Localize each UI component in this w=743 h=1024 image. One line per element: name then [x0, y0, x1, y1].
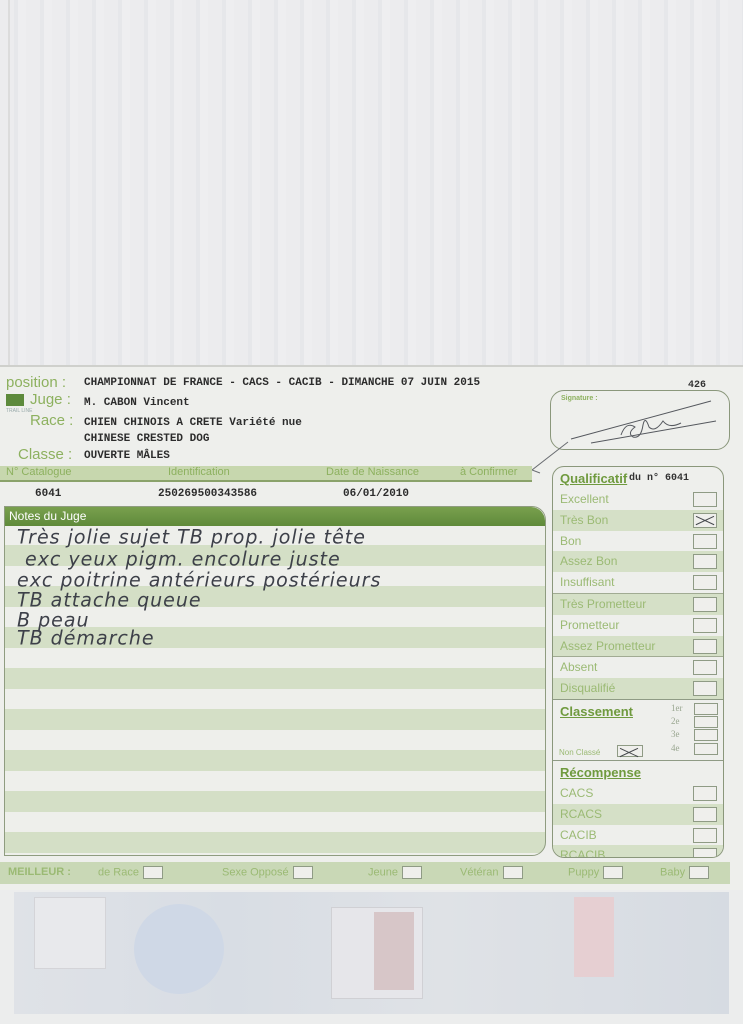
qualification-panel: Qualificatif du n° 6041 ExcellentTrès Bo… [552, 466, 724, 858]
recompense-option: CACIB [553, 825, 723, 846]
rank-4-checkbox[interactable] [694, 743, 718, 755]
identification-number: 250269500343586 [158, 488, 257, 500]
qualificatif-option-label: Très Prometteur [560, 597, 646, 611]
juge-label: Juge : [30, 391, 71, 408]
rank-3-label: 3e [671, 729, 680, 739]
qualificatif-option-label: Assez Bon [560, 554, 617, 568]
magazine-image [34, 897, 106, 969]
recompense-checkbox[interactable] [693, 848, 717, 858]
qualificatif-checkbox[interactable] [693, 639, 717, 654]
recompense-option: RCACIB [553, 845, 723, 858]
juge-value: M. CABON Vincent [84, 397, 190, 409]
recompense-option: CACS [553, 783, 723, 804]
meilleur-option-label: Baby [660, 866, 685, 878]
catalogue-number: 6041 [35, 488, 61, 500]
qualificatif-checkbox[interactable] [693, 513, 717, 528]
qualificatif-option: Disqualifié [553, 678, 723, 699]
qualificatif-checkbox[interactable] [693, 681, 717, 696]
rank-1-checkbox[interactable] [694, 703, 718, 715]
recompense-checkbox[interactable] [693, 807, 717, 822]
qualificatif-option-label: Assez Prometteur [560, 639, 655, 653]
recompense-option-label: CACIB [560, 828, 597, 842]
qualificatif-option: Absent [553, 656, 723, 678]
meilleur-checkbox[interactable] [402, 866, 422, 879]
logo-text: TRAIL LINE [6, 408, 33, 414]
meilleur-option: Puppy [568, 866, 623, 879]
qualificatif-option: Prometteur [553, 615, 723, 636]
underlying-magazine-page [14, 892, 729, 1014]
rank-3-checkbox[interactable] [694, 729, 718, 741]
meilleur-checkbox[interactable] [503, 866, 523, 879]
meilleur-option-label: Puppy [568, 866, 599, 878]
recompense-checkbox[interactable] [693, 828, 717, 843]
note-line: exc yeux pigm. encolure juste [25, 547, 341, 570]
rank-1-label: 1er [671, 703, 683, 713]
qualificatif-option: Assez Prometteur [553, 636, 723, 657]
meilleur-bar: MEILLEUR : de RaceSexe OpposéJeuneVétéra… [0, 862, 730, 884]
classe-label: Classe : [18, 446, 72, 463]
meilleur-checkbox[interactable] [293, 866, 313, 879]
note-line: Très jolie sujet TB prop. jolie tête [17, 525, 366, 548]
exposition-label: position : [6, 374, 66, 391]
recompense-option: RCACS [553, 804, 723, 825]
classe-value: OUVERTE MÂLES [84, 450, 170, 462]
recompense-option-label: RCACS [560, 807, 602, 821]
meilleur-option: Baby [660, 866, 709, 879]
recompense-option-label: CACS [560, 786, 593, 800]
recompense-title: Récompense [560, 765, 641, 780]
qualificatif-option-label: Très Bon [560, 513, 608, 527]
qualificatif-header: Qualificatif du n° 6041 [553, 467, 723, 489]
meilleur-checkbox[interactable] [603, 866, 623, 879]
rank-2-checkbox[interactable] [694, 716, 718, 728]
magazine-image [574, 897, 614, 977]
rank-4-label: 4e [671, 743, 680, 753]
race-value-en: CHINESE CRESTED DOG [84, 433, 209, 445]
race-label: Race : [30, 412, 73, 429]
header-birthdate: Date de Naissance [326, 466, 419, 478]
qualificatif-checkbox[interactable] [693, 534, 717, 549]
paper-edge [8, 0, 10, 365]
recompense-list: CACSRCACSCACIBRCACIB [553, 783, 723, 858]
qualificatif-checkbox[interactable] [693, 575, 717, 590]
meilleur-option: Jeune [368, 866, 422, 879]
rank-2-label: 2e [671, 716, 680, 726]
meilleur-label: MEILLEUR : [8, 866, 71, 878]
qualificatif-number: du n° 6041 [629, 473, 689, 484]
qualificatif-checkbox[interactable] [693, 492, 717, 507]
qualificatif-option: Très Prometteur [553, 593, 723, 615]
meilleur-option: Sexe Opposé [222, 866, 313, 879]
header-confirm: à Confirmer [460, 466, 517, 478]
meilleur-checkbox[interactable] [143, 866, 163, 879]
qualificatif-option: Insuffisant [553, 572, 723, 593]
non-classe-checkbox[interactable] [617, 745, 643, 757]
meilleur-option-label: Sexe Opposé [222, 866, 289, 878]
qualificatif-list: ExcellentTrès BonBonAssez BonInsuffisant… [553, 489, 723, 699]
judge-notes-title: Notes du Juge [5, 507, 545, 526]
meilleur-option-label: Vétéran [460, 866, 499, 878]
qualificatif-option-label: Prometteur [560, 618, 619, 632]
header-catalogue: N° Catalogue [6, 466, 72, 478]
header-identification: Identification [168, 466, 230, 478]
qualificatif-option-label: Bon [560, 534, 581, 548]
qualificatif-title: Qualificatif [560, 471, 627, 486]
qualificatif-option: Assez Bon [553, 551, 723, 572]
judge-notes-box: Notes du Juge Très jolie sujet TB prop. … [4, 506, 546, 856]
recompense-checkbox[interactable] [693, 786, 717, 801]
signature-box: Signature : [550, 390, 730, 450]
non-classe-label: Non Classé [559, 748, 600, 757]
meilleur-checkbox[interactable] [689, 866, 709, 879]
qualificatif-option-label: Insuffisant [560, 575, 614, 589]
qualificatif-checkbox[interactable] [693, 660, 717, 675]
signature-scribble-icon [551, 391, 729, 449]
meilleur-option: Vétéran [460, 866, 523, 879]
reverse-side-bleed-through [0, 0, 743, 365]
birth-date: 06/01/2010 [343, 488, 409, 500]
qualificatif-option: Bon [553, 531, 723, 552]
qualificatif-option: Très Bon [553, 510, 723, 531]
magazine-image [374, 912, 414, 990]
exposition-value: CHAMPIONNAT DE FRANCE - CACS - CACIB - D… [84, 377, 480, 389]
recompense-option-label: RCACIB [560, 848, 605, 858]
classement-section: Classement 1er 2e 3e 4e Non Classé [553, 699, 723, 760]
qualificatif-option-label: Excellent [560, 492, 609, 506]
logo-icon [6, 394, 24, 406]
classement-title: Classement [560, 704, 633, 719]
catalogue-header: N° Catalogue Identification Date de Nais… [0, 466, 532, 482]
note-line: TB démarche [17, 626, 155, 649]
qualificatif-checkbox[interactable] [693, 554, 717, 569]
qualificatif-checkbox[interactable] [693, 597, 717, 612]
qualificatif-option-label: Absent [560, 660, 597, 674]
qualificatif-option: Excellent [553, 489, 723, 510]
magazine-image [134, 904, 224, 994]
recompense-section: Récompense CACSRCACSCACIBRCACIB [553, 760, 723, 858]
race-value-fr: CHIEN CHINOIS A CRETE Variété nue [84, 417, 302, 429]
meilleur-option-label: Jeune [368, 866, 398, 878]
meilleur-option: de Race [98, 866, 163, 879]
qualificatif-checkbox[interactable] [693, 618, 717, 633]
meilleur-option-label: de Race [98, 866, 139, 878]
qualificatif-option-label: Disqualifié [560, 681, 615, 695]
